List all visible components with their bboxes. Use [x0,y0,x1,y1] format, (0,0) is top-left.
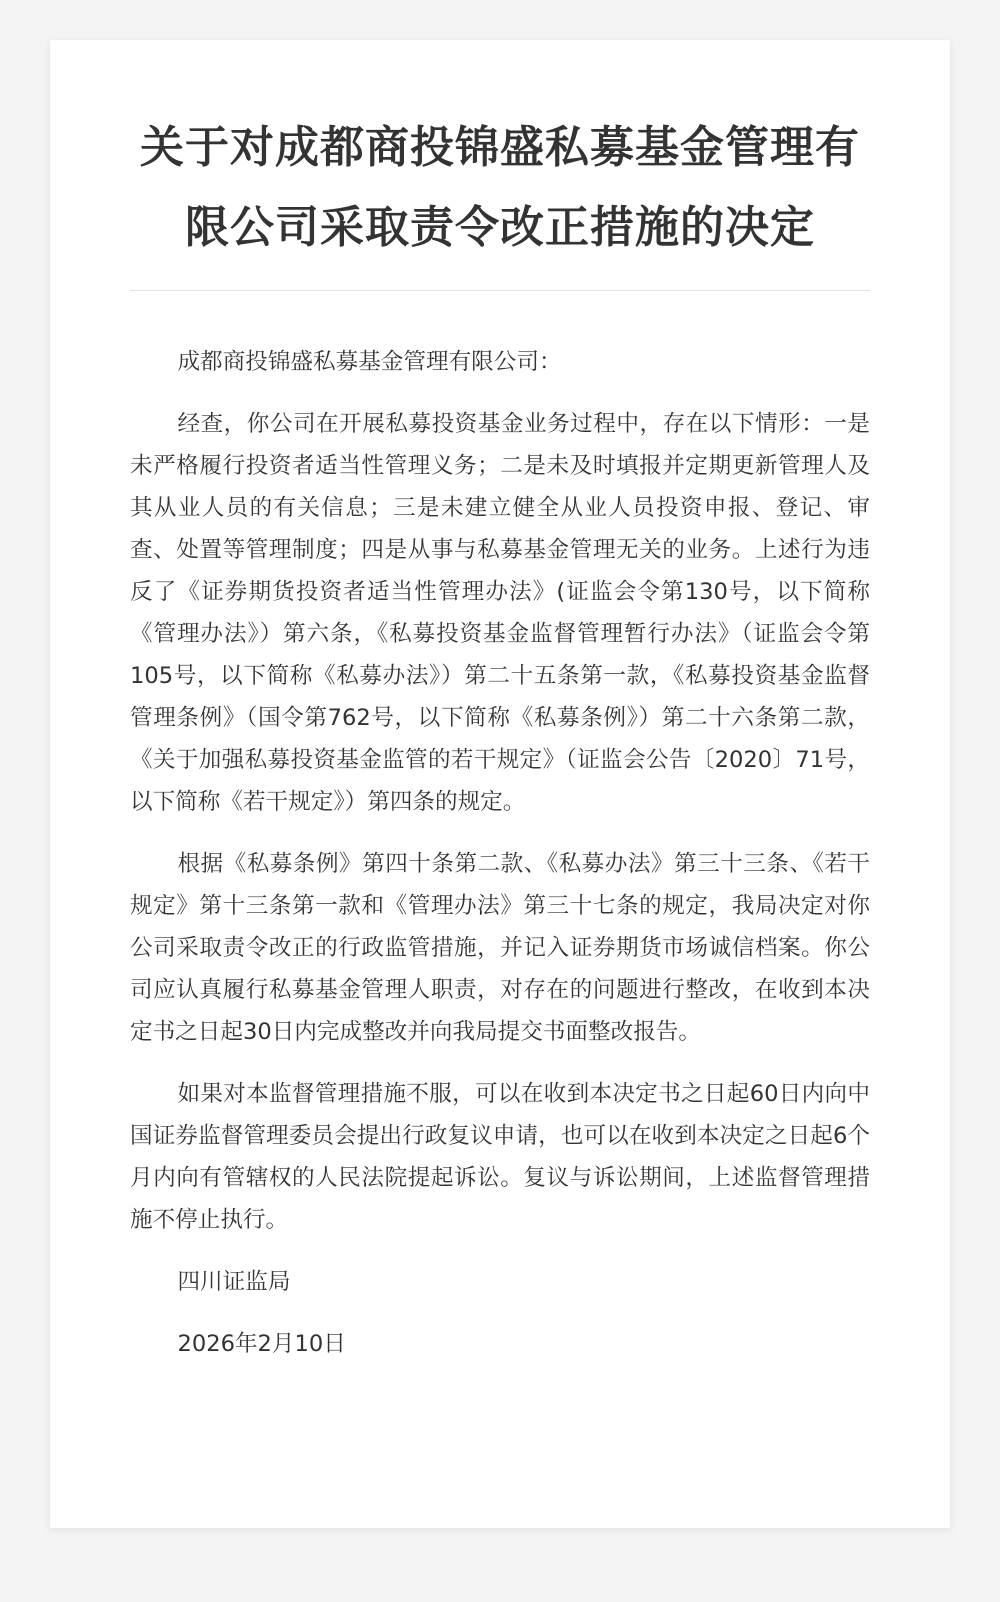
issuer-name: 四川证监局 [130,1261,870,1303]
document-card: 关于对成都商投锦盛私募基金管理有限公司采取责令改正措施的决定 成都商投锦盛私募基… [50,40,950,1528]
document-title: 关于对成都商投锦盛私募基金管理有限公司采取责令改正措施的决定 [130,40,870,268]
page-background: 关于对成都商投锦盛私募基金管理有限公司采取责令改正措施的决定 成都商投锦盛私募基… [0,0,1000,1602]
paragraph-appeal-rights: 如果对本监督管理措施不服，可以在收到本决定书之日起60日内向中国证券监督管理委员… [130,1073,870,1241]
salutation: 成都商投锦盛私募基金管理有限公司： [130,341,870,383]
document-body: 成都商投锦盛私募基金管理有限公司： 经查，你公司在开展私募投资基金业务过程中，存… [130,291,870,1465]
issue-date: 2026年2月10日 [130,1323,870,1365]
paragraph-findings: 经查，你公司在开展私募投资基金业务过程中，存在以下情形：一是未严格履行投资者适当… [130,403,870,823]
paragraph-decision: 根据《私募条例》第四十条第二款、《私募办法》第三十三条、《若干规定》第十三条第一… [130,843,870,1053]
